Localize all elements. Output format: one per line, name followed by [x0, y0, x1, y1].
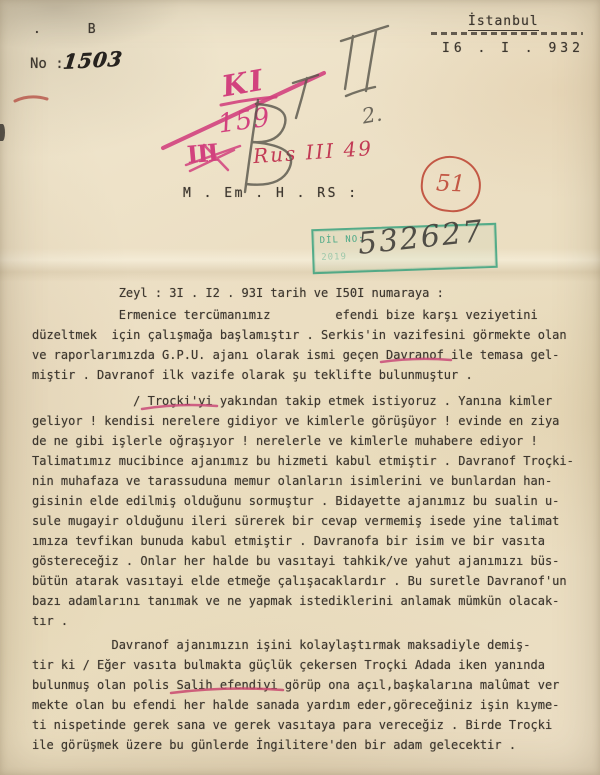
body-line: göstereceğiz . Onlar her halde bu vasıta…: [32, 551, 588, 571]
no-label: No :: [30, 56, 64, 72]
red-crossed-mark: KI: [219, 63, 267, 104]
red-number-159: 159: [216, 102, 272, 139]
paragraph: Ermenice tercümanımız efendi bize karşı …: [32, 305, 588, 385]
body-line: / Troçki'yi yakından takip etmek istiyor…: [32, 391, 588, 411]
page-number: 51: [436, 170, 466, 197]
body-line: bazı adamlarını tanımak ve ne yapmak ist…: [32, 591, 588, 611]
pencil-numeral-i: [293, 75, 318, 118]
body-line: ile görüşmek üzere bu günlerde İngiliter…: [32, 735, 588, 755]
body-line: geliyor ! kendisi nerelere gidiyor ve ki…: [32, 411, 588, 431]
body-line: ve raporlarımızda G.P.U. ajanı olarak is…: [32, 345, 588, 365]
body-line: Talimatımız mucibince ajanımız bu hizmet…: [32, 451, 588, 471]
typed-dash-rule: [431, 32, 583, 35]
body-text: Zeyl : 3I . I2 . 93I tarih ve I50I numar…: [32, 283, 588, 755]
body-line: düzeltmek için çalışmağa başlamıştır . S…: [32, 325, 588, 345]
red-scribbled-numeral: III: [186, 138, 219, 170]
circled-page-number: 51: [418, 153, 484, 215]
stamp-sub-label: 2019: [321, 252, 347, 263]
red-classification-mark: Rus III 49: [252, 136, 373, 168]
body-line: tir ki / Eğer vasıta bulmakta güçlük çek…: [32, 655, 588, 675]
date-label: I6 . I . 932: [442, 41, 584, 56]
pencil-numeral-ii: [341, 26, 388, 96]
body-line: mekte olan bu efendi her halde sanada ya…: [32, 695, 588, 715]
scanned-document-page: . B No : 1503 İstanbul I6 . I . 932 M . …: [0, 0, 600, 775]
pencil-note-2: 2.: [360, 101, 384, 128]
body-line: ti nispetinde gerek sana ve gerek vasıta…: [32, 715, 588, 735]
red-dash-mark: [15, 97, 47, 101]
paragraph: / Troçki'yi yakından takip etmek istiyor…: [32, 391, 588, 631]
body-line: bütün atarak vasıtayi elde etmeğe çalışa…: [32, 571, 588, 591]
paragraph: Zeyl : 3I . I2 . 93I tarih ve I50I numar…: [32, 283, 588, 303]
handwritten-document-number: 1503: [62, 46, 125, 73]
paragraph: Davranof ajanımızın işini kolaylaştırmak…: [32, 635, 588, 755]
body-line: de ne gibi işlerle oğraşıyor ! nerelerle…: [32, 431, 588, 451]
body-line: Zeyl : 3I . I2 . 93I tarih ve I50I numar…: [32, 283, 588, 303]
body-line: tır .: [32, 611, 588, 631]
city-label: İstanbul: [468, 14, 539, 31]
body-line: Davranof ajanımızın işini kolaylaştırmak…: [32, 635, 588, 655]
corner-mark: . B: [33, 22, 96, 37]
body-line: nin muhafaza ve tarassuduna memur olanla…: [32, 471, 588, 491]
body-line: ımıza tevfikan bunuda kabul etmiştir . D…: [32, 531, 588, 551]
body-line: gisinin elde edilmiş olduğunu sormuştur …: [32, 491, 588, 511]
body-line: sule mugayir olduğunu ileri sürerek bir …: [32, 511, 588, 531]
scan-edge-artifact: [0, 124, 5, 141]
body-line: Ermenice tercümanımız efendi bize karşı …: [32, 305, 588, 325]
body-line: bulunmuş olan polis Salih efendiyi görüp…: [32, 675, 588, 695]
stamp-handwritten-number: 532627: [356, 214, 485, 262]
body-line: miştir . Davranof ilk vazife olarak şu t…: [32, 365, 588, 385]
registry-stamp: DİL NO: 2019 532627: [311, 223, 497, 274]
reference-line: M . Em . H . RS :: [183, 186, 359, 201]
